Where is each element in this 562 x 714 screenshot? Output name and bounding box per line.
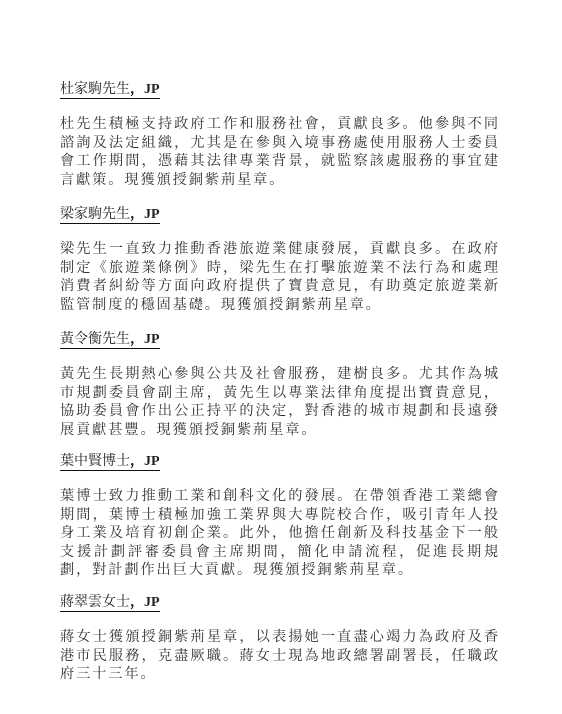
citation-text: 蔣女士獲頒授銅紫荊星章，以表揚她一直盡心竭力為政府及香港市民服務，克盡厥職。蔣女… xyxy=(60,628,500,684)
awardee-heading: 黃令衡先生，JP xyxy=(60,330,160,349)
awardee-title-suffix: ，JP xyxy=(130,595,160,610)
citation-text: 梁先生一直致力推動香港旅遊業健康發展，貢獻良多。在政府制定《旅遊業條例》時，梁先… xyxy=(60,240,500,314)
awardee-heading: 蔣翠雲女士，JP xyxy=(60,593,160,612)
awardee-title-suffix: ，JP xyxy=(130,82,160,97)
awardee-title-suffix: ，JP xyxy=(130,454,160,469)
citation-section: 梁家駒先生，JP 梁先生一直致力推動香港旅遊業健康發展，貢獻良多。在政府制定《旅… xyxy=(60,203,500,314)
awardee-name: 葉中賢博士 xyxy=(60,453,130,469)
awardee-heading: 葉中賢博士，JP xyxy=(60,452,160,471)
awardee-title-suffix: ，JP xyxy=(130,332,160,347)
citation-section: 蔣翠雲女士，JP 蔣女士獲頒授銅紫荊星章，以表揚她一直盡心竭力為政府及香港市民服… xyxy=(60,591,500,684)
citation-text: 葉博士致力推動工業和創科文化的發展。在帶領香港工業總會期間，葉博士積極加強工業界… xyxy=(60,487,500,580)
awardee-title-suffix: ，JP xyxy=(130,207,160,222)
citation-text: 黃先生長期熱心參與公共及社會服務，建樹良多。尤其作為城市規劃委員會副主席，黃先生… xyxy=(60,365,500,439)
awardee-heading: 杜家駒先生，JP xyxy=(60,80,160,99)
awardee-name: 梁家駒先生 xyxy=(60,206,130,222)
awardee-heading: 梁家駒先生，JP xyxy=(60,205,160,224)
awardee-name: 蔣翠雲女士 xyxy=(60,594,130,610)
citation-section: 杜家駒先生，JP 杜先生積極支持政府工作和服務社會，貢獻良多。他參與不同諮詢及法… xyxy=(60,78,500,189)
citation-section: 葉中賢博士，JP 葉博士致力推動工業和創科文化的發展。在帶領香港工業總會期間，葉… xyxy=(60,450,500,580)
awardee-name: 杜家駒先生 xyxy=(60,81,130,97)
awardee-name: 黃令衡先生 xyxy=(60,331,130,347)
citation-text: 杜先生積極支持政府工作和服務社會，貢獻良多。他參與不同諮詢及法定組織，尤其是在參… xyxy=(60,115,500,189)
citation-section: 黃令衡先生，JP 黃先生長期熱心參與公共及社會服務，建樹良多。尤其作為城市規劃委… xyxy=(60,328,500,439)
